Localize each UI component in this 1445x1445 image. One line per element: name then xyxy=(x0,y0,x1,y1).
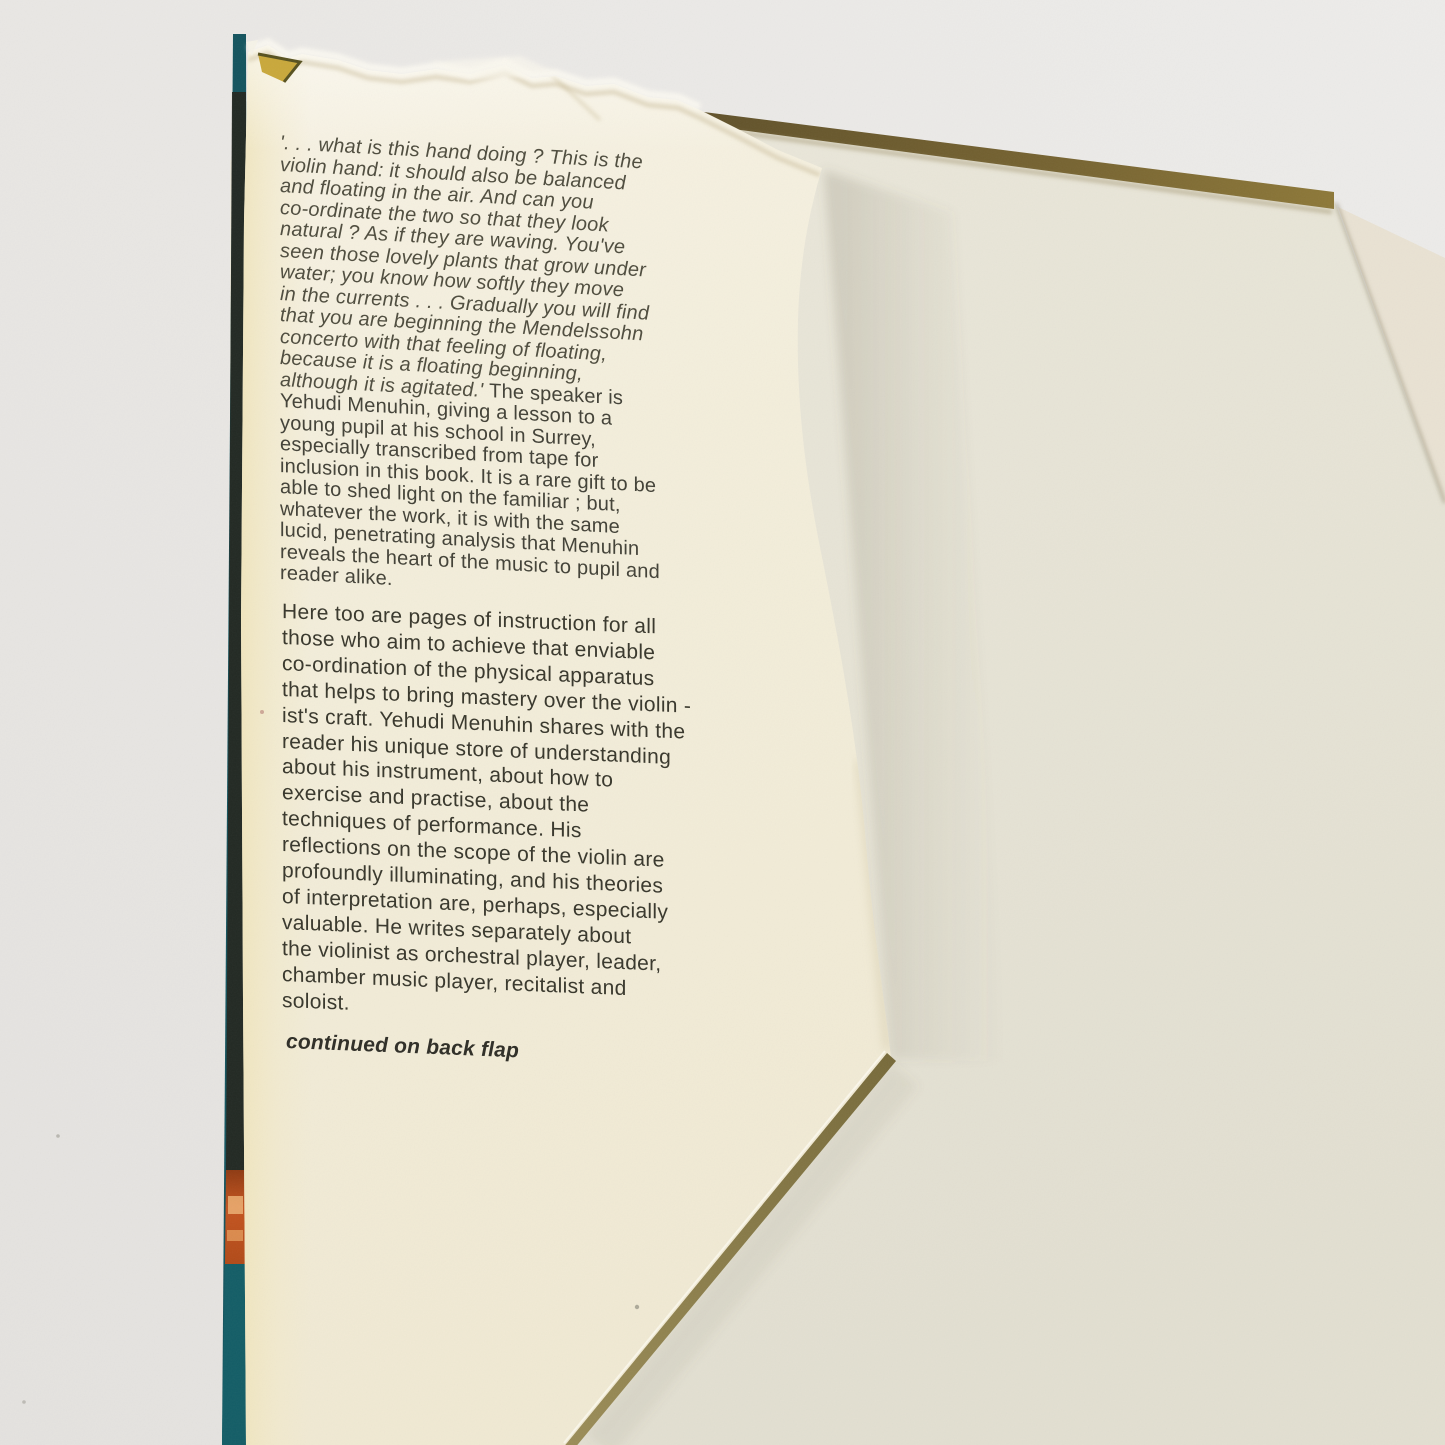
paper-grain-overlay xyxy=(0,0,1445,1445)
book-photo-canvas xyxy=(0,0,1445,1445)
book-photo: '. . . what is this hand doing ? This is… xyxy=(0,0,1445,1445)
